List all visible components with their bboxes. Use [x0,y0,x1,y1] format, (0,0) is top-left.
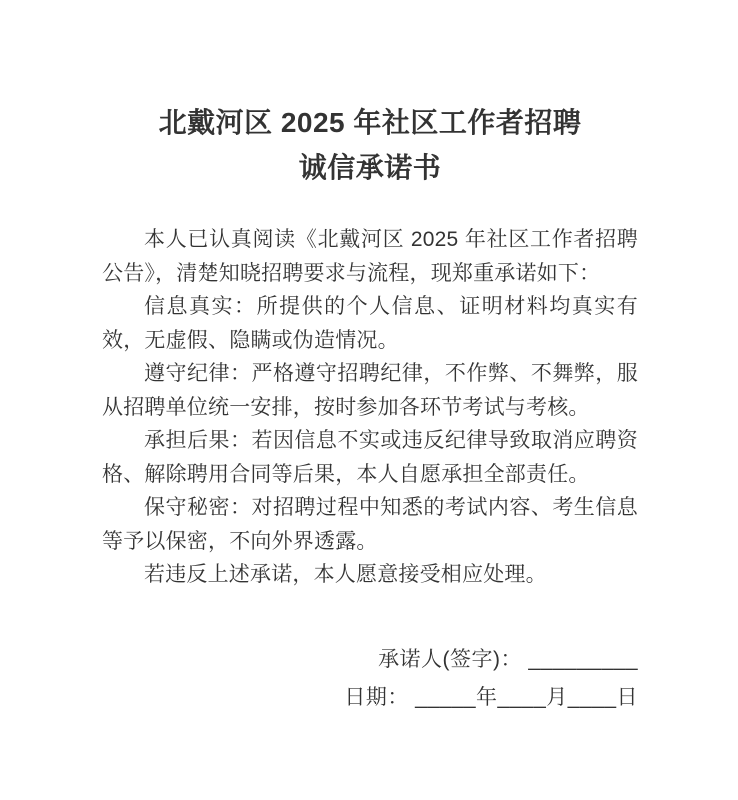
document-title: 北戴河区 2025 年社区工作者招聘 诚信承诺书 [102,100,638,190]
commitment-letter-page: 北戴河区 2025 年社区工作者招聘 诚信承诺书 本人已认真阅读《北戴河区 20… [0,0,738,800]
document-body: 本人已认真阅读《北戴河区 2025 年社区工作者招聘公告》，清楚知晓招聘要求与流… [102,223,638,592]
commitment-paragraph-bear-consequences: 承担后果：若因信息不实或违反纪律导致取消应聘资格、解除聘用合同等后果，本人自愿承… [102,424,638,491]
intro-paragraph: 本人已认真阅读《北戴河区 2025 年社区工作者招聘公告》，清楚知晓招聘要求与流… [102,223,638,290]
commitment-paragraph-obey-discipline: 遵守纪律：严格遵守招聘纪律，不作弊、不舞弊，服从招聘单位统一安排，按时参加各环节… [102,357,638,424]
document-title-line2: 诚信承诺书 [102,145,638,190]
signature-block: 承诺人(签字)： _________ 日期： _____年____月____日 [102,641,638,717]
document-title-line1: 北戴河区 2025 年社区工作者招聘 [102,100,638,145]
closing-paragraph: 若违反上述承诺，本人愿意接受相应处理。 [102,558,638,592]
commitment-paragraph-information-truthful: 信息真实：所提供的个人信息、证明材料均真实有效，无虚假、隐瞒或伪造情况。 [102,290,638,357]
date-line: 日期： _____年____月____日 [102,679,638,717]
signer-signature-line: 承诺人(签字)： _________ [102,641,638,679]
commitment-paragraph-keep-secrets: 保守秘密：对招聘过程中知悉的考试内容、考生信息等予以保密，不向外界透露。 [102,491,638,558]
